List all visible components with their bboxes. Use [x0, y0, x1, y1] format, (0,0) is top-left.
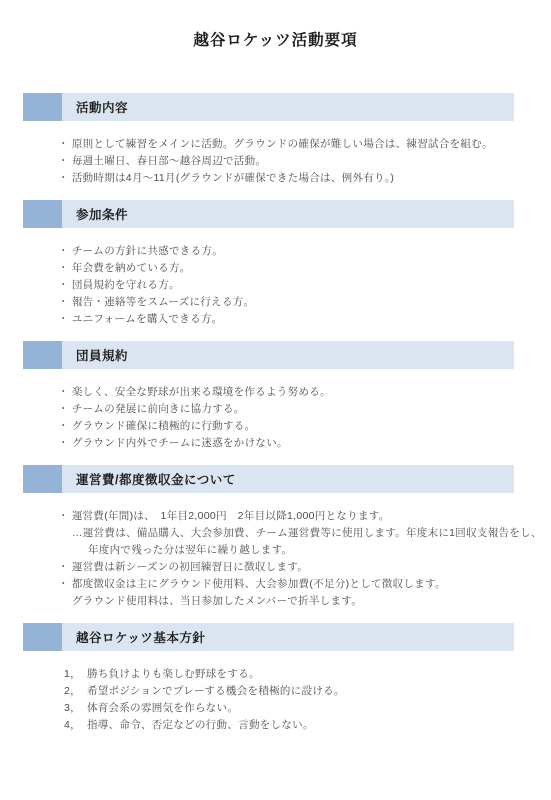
section-header-bar: 団員規約 — [23, 341, 514, 369]
list-item-text: グラウンド確保に積極的に行動する。 — [72, 420, 256, 432]
sections-container: 活動内容 ・原則として練習をメインに活動。グラウンドの確保が難しい場合は、練習試… — [0, 93, 551, 734]
list-item-marker: ・ — [58, 313, 69, 325]
list-item-text: ユニフォームを購入できる方。 — [72, 313, 223, 325]
section-accent-square — [23, 465, 62, 493]
list-item-marker: ・ — [58, 386, 69, 398]
list-item-marker: ・ — [58, 296, 69, 308]
section-0: 活動内容 ・原則として練習をメインに活動。グラウンドの確保が難しい場合は、練習試… — [0, 93, 551, 187]
section-item-list: ・楽しく、安全な野球が出来る環境を作るよう努める。 ・チームの発展に前向きに協力… — [0, 369, 551, 452]
list-item-marker: 3， — [64, 702, 81, 714]
list-item: ・グラウンド内外でチームに迷惑をかけない。 — [0, 435, 551, 452]
list-item-text: 原則として練習をメインに活動。グラウンドの確保が難しい場合は、練習試合を組む。 — [72, 138, 493, 150]
list-item: ・都度徴収金は主にグラウンド使用料、大会参加費(不足分)として徴収します。 — [0, 576, 551, 593]
list-item-marker: 4， — [64, 719, 81, 731]
list-item-marker: ・ — [58, 262, 69, 274]
list-item: 3，体育会系の雰囲気を作らない。 — [0, 700, 551, 717]
section-header-bar: 越谷ロケッツ基本方針 — [23, 623, 514, 651]
list-item-text: 希望ポジションでプレーする機会を積極的に設ける。 — [87, 685, 345, 697]
list-item-text: 運営費は新シーズンの初回練習日に徴収します。 — [72, 561, 308, 573]
list-item: ・楽しく、安全な野球が出来る環境を作るよう努める。 — [0, 384, 551, 401]
section-heading: 団員規約 — [62, 341, 128, 369]
section-heading: 活動内容 — [62, 93, 128, 121]
list-item: ・年会費を納めている方。 — [0, 260, 551, 277]
list-item-marker: ・ — [58, 138, 69, 150]
list-item-text: 毎週土曜日、春日部〜越谷周辺で活動。 — [72, 155, 266, 167]
list-item-text: 体育会系の雰囲気を作らない。 — [87, 702, 238, 714]
list-item: ・ユニフォームを購入できる方。 — [0, 311, 551, 328]
list-item: 1，勝ち負けよりも楽しむ野球をする。 — [0, 666, 551, 683]
list-item-marker: 1， — [64, 668, 81, 680]
section-3: 運営費/都度徴収金について ・運営費(年間)は、 1年目2,000円 2年目以降… — [0, 465, 551, 610]
list-item-marker: ・ — [58, 578, 69, 590]
list-item: ・活動時期は4月〜11月(グラウンドが確保できた場合は、例外有り。) — [0, 170, 551, 187]
list-item: 4，指導、命令、否定などの行動、言動をしない。 — [0, 717, 551, 734]
section-header-bar: 活動内容 — [23, 93, 514, 121]
list-item-marker: ・ — [58, 510, 69, 522]
list-item: ・毎週土曜日、春日部〜越谷周辺で活動。 — [0, 153, 551, 170]
list-item: 2，希望ポジションでプレーする機会を積極的に設ける。 — [0, 683, 551, 700]
section-item-list: 1，勝ち負けよりも楽しむ野球をする。 2，希望ポジションでプレーする機会を積極的… — [0, 651, 551, 734]
list-item-text: 年度内で残った分は翌年に繰り越します。 — [88, 544, 292, 556]
list-item-text: …運営費は、備品購入、大会参加費、チーム運営費等に使用します。年度末に1回収支報… — [72, 527, 542, 539]
section-header-bar: 参加条件 — [23, 200, 514, 228]
list-item: 年度内で残った分は翌年に繰り越します。 — [0, 542, 551, 559]
list-item-marker: ・ — [58, 561, 69, 573]
list-item-text: グラウンド使用料は、当日参加したメンバーで折半します。 — [72, 595, 362, 607]
list-item-text: 報告・連絡等をスムーズに行える方。 — [72, 296, 255, 308]
list-item-text: 指導、命令、否定などの行動、言動をしない。 — [87, 719, 314, 731]
list-item: ・運営費(年間)は、 1年目2,000円 2年目以降1,000円となります。 — [0, 508, 551, 525]
section-accent-square — [23, 93, 62, 121]
section-heading: 参加条件 — [62, 200, 128, 228]
section-header-bar: 運営費/都度徴収金について — [23, 465, 514, 493]
section-accent-square — [23, 623, 62, 651]
list-item-text: 勝ち負けよりも楽しむ野球をする。 — [87, 668, 260, 680]
list-item-marker: ・ — [58, 172, 69, 184]
list-item-marker: ・ — [58, 279, 69, 291]
list-item-text: 都度徴収金は主にグラウンド使用料、大会参加費(不足分)として徴収します。 — [72, 578, 446, 590]
list-item: ・原則として練習をメインに活動。グラウンドの確保が難しい場合は、練習試合を組む。 — [0, 136, 551, 153]
document-page: 越谷ロケッツ活動要項 活動内容 ・原則として練習をメインに活動。グラウンドの確保… — [0, 0, 551, 800]
list-item-text: チームの方針に共感できる方。 — [72, 245, 223, 257]
list-item-marker: ・ — [58, 420, 69, 432]
page-title: 越谷ロケッツ活動要項 — [0, 0, 551, 50]
list-item: ・グラウンド確保に積極的に行動する。 — [0, 418, 551, 435]
list-item: ・報告・連絡等をスムーズに行える方。 — [0, 294, 551, 311]
list-item-text: 年会費を納めている方。 — [72, 262, 191, 274]
section-4: 越谷ロケッツ基本方針 1，勝ち負けよりも楽しむ野球をする。 2，希望ポジションで… — [0, 623, 551, 734]
section-item-list: ・運営費(年間)は、 1年目2,000円 2年目以降1,000円となります。 …… — [0, 493, 551, 610]
list-item-marker: ・ — [58, 437, 69, 449]
list-item-marker: ・ — [58, 155, 69, 167]
list-item: ・運営費は新シーズンの初回練習日に徴収します。 — [0, 559, 551, 576]
section-heading: 運営費/都度徴収金について — [62, 465, 236, 493]
list-item: グラウンド使用料は、当日参加したメンバーで折半します。 — [0, 593, 551, 610]
list-item-text: 活動時期は4月〜11月(グラウンドが確保できた場合は、例外有り。) — [72, 172, 394, 184]
list-item: ・団員規約を守れる方。 — [0, 277, 551, 294]
list-item-marker: ・ — [58, 403, 69, 415]
list-item-text: グラウンド内外でチームに迷惑をかけない。 — [72, 437, 288, 449]
list-item: …運営費は、備品購入、大会参加費、チーム運営費等に使用します。年度末に1回収支報… — [0, 525, 551, 542]
list-item-text: チームの発展に前向きに協力する。 — [72, 403, 245, 415]
list-item: ・チームの発展に前向きに協力する。 — [0, 401, 551, 418]
section-heading: 越谷ロケッツ基本方針 — [62, 623, 205, 651]
list-item-marker: 2， — [64, 685, 81, 697]
list-item-text: 楽しく、安全な野球が出来る環境を作るよう努める。 — [72, 386, 331, 398]
list-item: ・チームの方針に共感できる方。 — [0, 243, 551, 260]
section-accent-square — [23, 200, 62, 228]
list-item-text: 運営費(年間)は、 1年目2,000円 2年目以降1,000円となります。 — [72, 510, 390, 522]
section-1: 参加条件 ・チームの方針に共感できる方。 ・年会費を納めている方。 ・団員規約を… — [0, 200, 551, 328]
section-item-list: ・原則として練習をメインに活動。グラウンドの確保が難しい場合は、練習試合を組む。… — [0, 121, 551, 187]
list-item-marker: ・ — [58, 245, 69, 257]
section-item-list: ・チームの方針に共感できる方。 ・年会費を納めている方。 ・団員規約を守れる方。… — [0, 228, 551, 328]
section-accent-square — [23, 341, 62, 369]
section-2: 団員規約 ・楽しく、安全な野球が出来る環境を作るよう努める。 ・チームの発展に前… — [0, 341, 551, 452]
list-item-text: 団員規約を守れる方。 — [72, 279, 180, 291]
